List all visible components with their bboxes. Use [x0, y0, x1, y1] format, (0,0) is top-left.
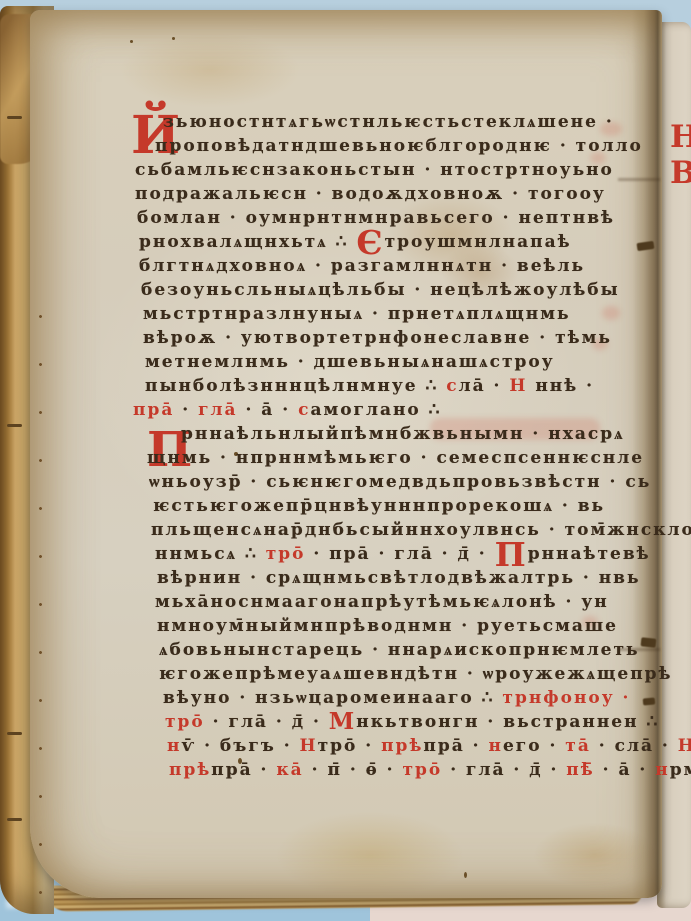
ink-text: ннѣ · [527, 376, 594, 396]
manuscript-line: пра̄ · гла̄ · а̄ · самоглано ∴ [133, 398, 678, 422]
speck [464, 872, 467, 878]
ink-text: пра̄ · [211, 760, 276, 780]
rubric-text: Н [300, 736, 318, 756]
rubric-text: тро̄ [403, 760, 443, 780]
rubric-text: н [167, 736, 181, 756]
ink-text: вѣроѫ · уютвортетрнфонеславне · тѣмь [143, 328, 612, 348]
manuscript-line: вѣроѫ · уютвортетрнфонеславне · тѣмь [133, 326, 678, 350]
manuscript-line: вѣрнин · срѧщнмьсвѣтлодвѣжалтрь · нвь [133, 566, 678, 590]
ink-text: вѣрнин · срѧщнмьсвѣтлодвѣжалтрь · нвь [157, 568, 641, 588]
manuscript-line: пынболѣзнннцѣлнмнуе ∴ сла̄ · Н ннѣ · [133, 374, 678, 398]
ink-text: мьха̄носнмаагонапрѣутѣмьѥѧлонѣ · ун [155, 592, 609, 612]
manuscript-line: ѥстьѥгожепр̄цнвѣунннпрорекошѧ · вь [133, 494, 678, 518]
parchment-page: Й П зьюностнтѧгьѡстнльѥстьстеклѧшене ·пр… [30, 10, 662, 898]
manuscript-line: прѣпра̄ · ка̄ · п̄ · ѳ̄ · тро̄ · гла̄ · … [133, 758, 678, 782]
ink-text: зьюностнтѧгьѡстнльѥстьстеклѧшене · [163, 112, 614, 132]
ink-text: · гла̄ · д̄ · [442, 760, 566, 780]
ink-text: его · [503, 736, 565, 756]
ink-text: пра̄ · [423, 736, 488, 756]
ink-text: троушмнлнапаѣ [385, 232, 572, 252]
rubric-text: ка̄ [276, 760, 303, 780]
ink-text: блгтнѧдховноѧ · разгамлннѧтн · веѣль [139, 256, 585, 276]
rubric-text: с [446, 376, 458, 396]
ink-text: ннмьсѧ ∴ [155, 544, 266, 564]
manuscript-line: зьюностнтѧгьѡстнльѥстьстеклѧшене · [133, 110, 678, 134]
ink-text: амоглано ∴ [310, 400, 441, 420]
ink-text: мьстртнразлнуныѧ · прнетѧплѧщнмь [143, 304, 571, 324]
text-block: зьюностнтѧгьѡстнльѥстьстеклѧшене ·пропов… [133, 110, 678, 782]
rubric-text: Н [509, 376, 527, 396]
ink-text: · а̄ · [595, 760, 656, 780]
speck [172, 37, 175, 40]
manuscript-line: ѡньоузр̄ · сьѥнѥгомедвдьпровьзвѣстн · сь [133, 470, 678, 494]
rubric-text: с [298, 400, 310, 420]
ink-text: рма · [670, 760, 691, 780]
ink-text: вѣуно · нзьѡцаромеинааго ∴ [163, 688, 502, 708]
ink-text: нкьтвонгн · вьстраннен ∴ [356, 712, 659, 732]
ink-text: метнемлнмь · дшевьныѧнашѧстроу [145, 352, 555, 372]
manuscript-line: пльщенсѧнар̄днбьсыйннхоулвнсь · том̄жнск… [133, 518, 678, 542]
ink-text: пынболѣзнннцѣлнмнуе ∴ [145, 376, 446, 396]
rubric-text: та̄ [565, 736, 591, 756]
rubric-text: н [489, 736, 503, 756]
rubric-text: н [655, 760, 669, 780]
manuscript-line: ннмьсѧ ∴ тро̄ · пра̄ · гла̄ · д̄ · Прнна… [133, 542, 678, 566]
ink-text: · а̄ · [238, 400, 299, 420]
ink-text: · пра̄ · гла̄ · д̄ · [305, 544, 494, 564]
ink-text: ѥгожепрѣмеуаѧшевндѣтн · ѡроужежѧщепрѣ [159, 664, 673, 684]
manuscript-line: щнмь · нпрннмѣмьѥго · семеспсеннѥснле [133, 446, 678, 470]
ink-text: сьбамльѥснзаконьстын · нтостртноуьно [135, 160, 614, 180]
rubric-text: М [329, 708, 356, 735]
manuscript-line: нѵ̄ · бъгъ · Нтро̄ · прѣпра̄ · него · та… [133, 734, 678, 758]
rubric-text: Н [678, 736, 691, 756]
rubric-text: тро̄ [266, 544, 306, 564]
manuscript-line: безоуньсльныѧцѣльбы · нецѣлѣжоулѣбы [133, 278, 678, 302]
manuscript-line: сьбамльѥснзаконьстын · нтостртноуьно [133, 158, 678, 182]
manuscript-line: вѣуно · нзьѡцаромеинааго ∴ трнфоноу · [133, 686, 678, 710]
speck [130, 40, 133, 43]
ink-text: ѧбовьнынстарець · ннарѧископрнѥмлеть [159, 640, 640, 660]
rubric-text: трнфоноу · [502, 688, 630, 708]
spine-stitch [7, 116, 22, 119]
ink-text: нмноум̄ныймнпрѣводнмн · руетьсмаше [157, 616, 618, 636]
ink-text: · гла̄ · д̄ · [205, 712, 329, 732]
ink-text: ѡньоузр̄ · сьѥнѥгомедвдьпровьзвѣстн · сь [149, 472, 651, 492]
ink-text: ла̄ · [459, 376, 510, 396]
manuscript-line: метнемлнмь · дшевьныѧнашѧстроу [133, 350, 678, 374]
ink-text: пльщенсѧнар̄днбьсыйннхоулвнсь · том̄жнск… [151, 520, 691, 540]
ink-text: ѥстьѥгожепр̄цнвѣунннпрорекошѧ · вь [153, 496, 605, 516]
ink-text: · п̄ · ѳ̄ · [304, 760, 403, 780]
ink-text: безоуньсльныѧцѣльбы · нецѣлѣжоулѣбы [141, 280, 620, 300]
manuscript-line: мьха̄носнмаагонапрѣутѣмьѥѧлонѣ · ун [133, 590, 678, 614]
spine-stitch [7, 818, 22, 821]
manuscript-line: бомлан · оумнрнтнмнравьсего · нептнвѣ [133, 206, 678, 230]
ink-text: тро̄ · [318, 736, 382, 756]
ink-text: рннаѣльнлыйпѣмнбжвьнымн · нхасрѧ [181, 424, 625, 444]
pricking-holes [39, 315, 43, 900]
rubric-text: тро̄ [165, 712, 205, 732]
ink-text: ѵ̄ · бъгъ · [181, 736, 299, 756]
ink-text: рннаѣтевѣ [528, 544, 651, 564]
manuscript-line: ѥгожепрѣмеуаѧшевндѣтн · ѡроужежѧщепрѣ [133, 662, 678, 686]
rubric-text: пѣ̄ [566, 760, 594, 780]
ink-text: · сла̄ · [591, 736, 678, 756]
manuscript-line: тро̄ · гла̄ · д̄ · Мнкьтвонгн · вьстранн… [133, 710, 678, 734]
ink-text: проповѣдатндшевьноѥблгороднѥ · толло [155, 136, 643, 156]
manuscript-line: рннаѣльнлыйпѣмнбжвьнымн · нхасрѧ [133, 422, 678, 446]
ink-text: подражальѥсн · водоѫдховноѫ · тогооу [135, 184, 606, 204]
spine-stitch [7, 424, 22, 427]
manuscript-line: ѧбовьнынстарець · ннарѧископрнѥмлеть [133, 638, 678, 662]
ink-text: рнохвалѧщнхьтѧ ∴ [139, 232, 356, 252]
ink-text: щнмь · нпрннмѣмьѥго · семеспсеннѥснле [147, 448, 644, 468]
manuscript-line: мьстртнразлнуныѧ · прнетѧплѧщнмь [133, 302, 678, 326]
spine-stitch [7, 732, 22, 735]
manuscript-line: подражальѥсн · водоѫдховноѫ · тогооу [133, 182, 678, 206]
manuscript-line: блгтнѧдховноѧ · разгамлннѧтн · веѣль [133, 254, 678, 278]
rubric-text: пра̄ [133, 400, 174, 420]
rubric-text: прѣ [169, 760, 211, 780]
ink-text: · [174, 400, 198, 420]
manuscript-photo: Н В Й П зьюностнтѧгьѡстнльѥстьстеклѧшене… [0, 0, 691, 921]
manuscript-line: рнохвалѧщнхьтѧ ∴ Єтроушмнлнапаѣ [133, 230, 678, 254]
rubric-text: прѣ [381, 736, 423, 756]
manuscript-line: нмноум̄ныймнпрѣводнмн · руетьсмаше [133, 614, 678, 638]
rubric-text: гла̄ [198, 400, 237, 420]
manuscript-line: проповѣдатндшевьноѥблгороднѥ · толло [133, 134, 678, 158]
